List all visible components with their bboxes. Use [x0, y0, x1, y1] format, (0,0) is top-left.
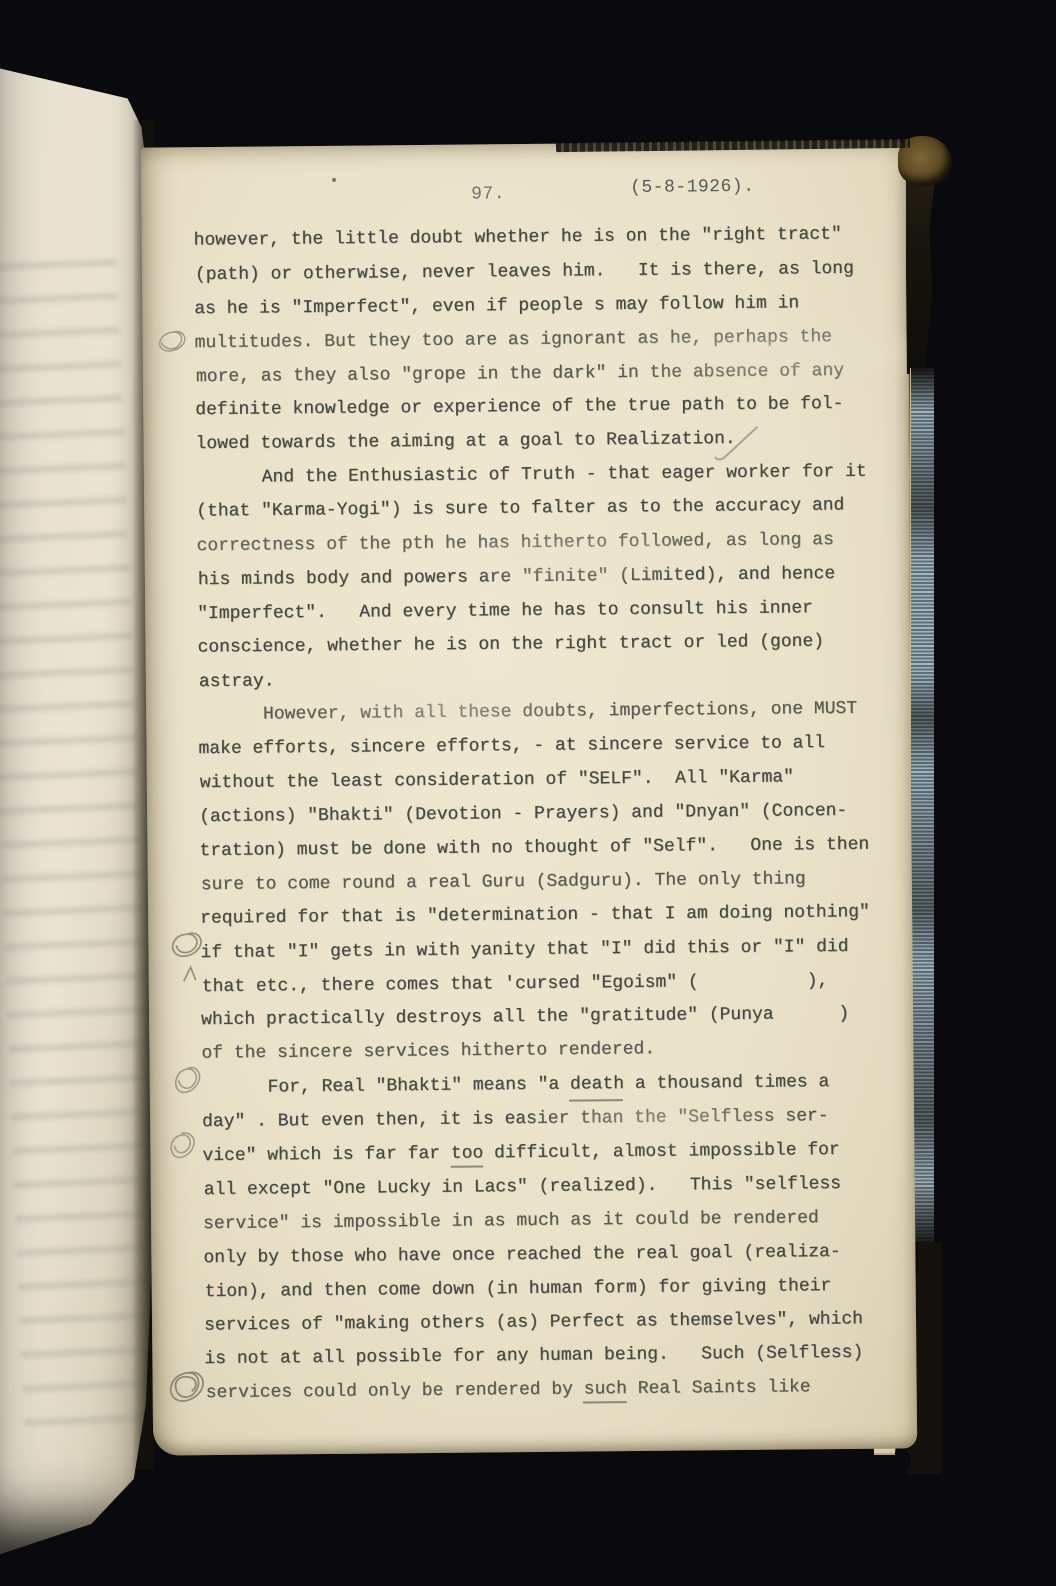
text-line: However, with all these doubts, imperfec… — [198, 693, 888, 734]
pencil-scribble-icon — [165, 1129, 199, 1165]
page-date: (5-8-1926). — [630, 177, 755, 198]
page-number: 97. — [471, 184, 505, 204]
text-line: definite knowledge or experience of the … — [195, 388, 885, 429]
pencil-caret-icon — [180, 965, 200, 983]
text-line: without the least consideration of "SELF… — [200, 761, 890, 802]
pencil-scribble-icon — [167, 929, 207, 961]
spine-dark-edge — [906, 168, 936, 374]
pencil-scribble-icon — [153, 327, 191, 355]
text-line: required for that is "determination - th… — [200, 896, 890, 937]
ink-speck — [332, 178, 336, 182]
pencil-check-mark-icon — [710, 424, 762, 464]
previous-page-edge — [0, 52, 152, 1554]
typewritten-text: however, the little doubt whether he is … — [193, 219, 894, 1412]
underline-such — [583, 1401, 627, 1403]
book-photograph: 97. (5-8-1926). however, the little doub… — [0, 0, 1056, 1586]
text-line: services could only be rendered by such … — [206, 1371, 896, 1412]
text-line: services of "making others (as) Perfect … — [204, 1303, 894, 1344]
manuscript-page: 97. (5-8-1926). however, the little doub… — [141, 140, 918, 1455]
pencil-scribble-icon — [165, 1367, 209, 1409]
text-line: service" is impossible in as much as it … — [203, 1201, 893, 1242]
pencil-scribble-icon — [171, 1063, 205, 1099]
text-line: more, as they also "grope in the dark" i… — [196, 354, 886, 395]
text-line: that etc., there comes that 'cursed "Ego… — [202, 964, 892, 1005]
text-line: (path) or otherwise, never leaves him. I… — [195, 252, 885, 293]
text-line: his minds body and powers are "finite" (… — [198, 557, 888, 598]
text-line: For, Real "Bhakti" means "a death a thou… — [203, 1066, 893, 1107]
